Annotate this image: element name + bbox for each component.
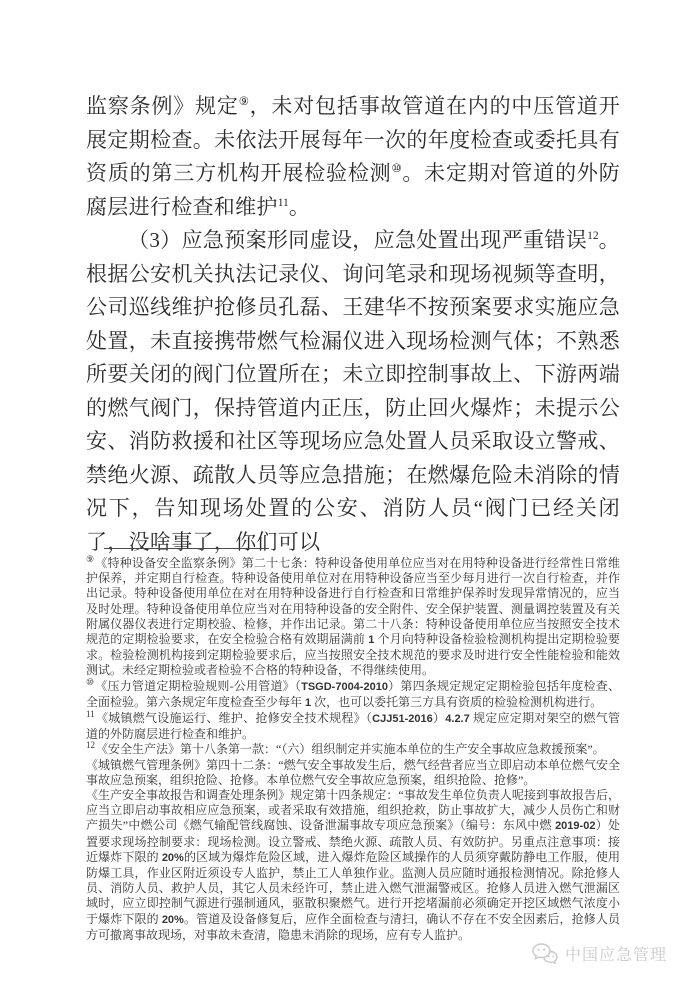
footnote-marker: ⑩ — [86, 677, 94, 687]
footnote-separator — [104, 548, 269, 549]
text-run: 。根据公安机关执法记录仪、询问笔录和现场视频等查明，公司巡线维护抢修员孔磊、王建… — [86, 228, 620, 554]
document-page: 监察条例》规定⑨，未对包括事故管道在内的中压管道开展定期检查。未依法开展每年一次… — [0, 0, 700, 990]
footnote: ⑨《特种设备安全监察条例》第二十七条：特种设备使用单位应当对在用特种设备进行经常… — [86, 556, 620, 679]
wechat-icon — [531, 942, 559, 965]
latin-token: CJJ51-2016 — [372, 713, 433, 725]
text-run: 。 — [289, 195, 310, 219]
footnote-marker: ⑨ — [86, 554, 94, 564]
body-text: 监察条例》规定⑨，未对包括事故管道在内的中压管道开展定期检查。未依法开展每年一次… — [86, 90, 620, 559]
footnote: 《城镇燃气管理条例》第四十二条：“燃气安全事故发生后，燃气经营者应当立即启动本单… — [86, 758, 620, 788]
footnote-text: 《城镇燃气管理条例》第四十二条：“燃气安全事故发生后，燃气经营者应当立即启动本单… — [86, 758, 620, 787]
footnote: 11《城镇燃气设施运行、维护、抢修安全技术规程》（CJJ51-2016）4.2.… — [86, 711, 620, 742]
footnote-text: 《压力管道定期检验规则-公用管道》（TSGD-7004-2010）第四条规定规定… — [86, 679, 620, 709]
latin-token: 4.2.7 — [445, 713, 469, 725]
text-run: （3）应急预案形同虚设，应急处置出现严重错误 — [128, 228, 587, 252]
paragraph: （3）应急预案形同虚设，应急处置出现严重错误12。根据公安机关执法记录仪、询问笔… — [86, 224, 620, 559]
footnote: 12《安全生产法》第十八条第一款：“（六）组织制定并实施本单位的生产安全事故应急… — [86, 742, 620, 757]
footnote-ref: 12 — [587, 230, 599, 242]
footnote-ref: ⑩ — [391, 163, 402, 175]
footnote: 《生产安全事故报告和调查处理条例》规定第十四条规定：“事故发生单位负责人呢接到事… — [86, 788, 620, 943]
latin-token: 20% — [162, 914, 184, 926]
text-run: 监察条例》规定 — [86, 94, 239, 118]
footnote-list: ⑨《特种设备安全监察条例》第二十七条：特种设备使用单位应当对在用特种设备进行经常… — [86, 556, 620, 943]
page-footer: 中国应急管理 — [531, 942, 667, 965]
footnote-text: 《安全生产法》第十八条第一款：“（六）组织制定并实施本单位的生产安全事故应急救援… — [96, 742, 605, 756]
footnote-area: ⑨《特种设备安全监察条例》第二十七条：特种设备使用单位应当对在用特种设备进行经常… — [86, 548, 620, 943]
latin-token: 1 — [305, 697, 311, 709]
footnote-ref: 11 — [278, 197, 289, 209]
footnote-text: 《生产安全事故报告和调查处理条例》规定第十四条规定：“事故发生单位负责人呢接到事… — [86, 788, 620, 942]
footnote-text: 《城镇燃气设施运行、维护、抢修安全技术规程》（CJJ51-2016）4.2.7 … — [86, 711, 620, 741]
footnote-text: 《特种设备安全监察条例》第二十七条：特种设备使用单位应当对在用特种设备进行经常性… — [86, 556, 620, 677]
footnote-marker: 11 — [86, 709, 95, 719]
footnote-ref: ⑨ — [239, 96, 250, 108]
latin-token: 2019-02 — [555, 820, 595, 832]
footer-brand-text: 中国应急管理 — [565, 942, 667, 965]
footnote: ⑩《压力管道定期检验规则-公用管道》（TSGD-7004-2010）第四条规定规… — [86, 679, 620, 711]
latin-token: 20% — [162, 852, 184, 864]
paragraph: 监察条例》规定⑨，未对包括事故管道在内的中压管道开展定期检查。未依法开展每年一次… — [86, 90, 620, 224]
latin-token: TSGD-7004-2010 — [301, 681, 388, 693]
footnote-marker: 12 — [86, 740, 95, 750]
latin-token: 1 — [368, 634, 374, 646]
